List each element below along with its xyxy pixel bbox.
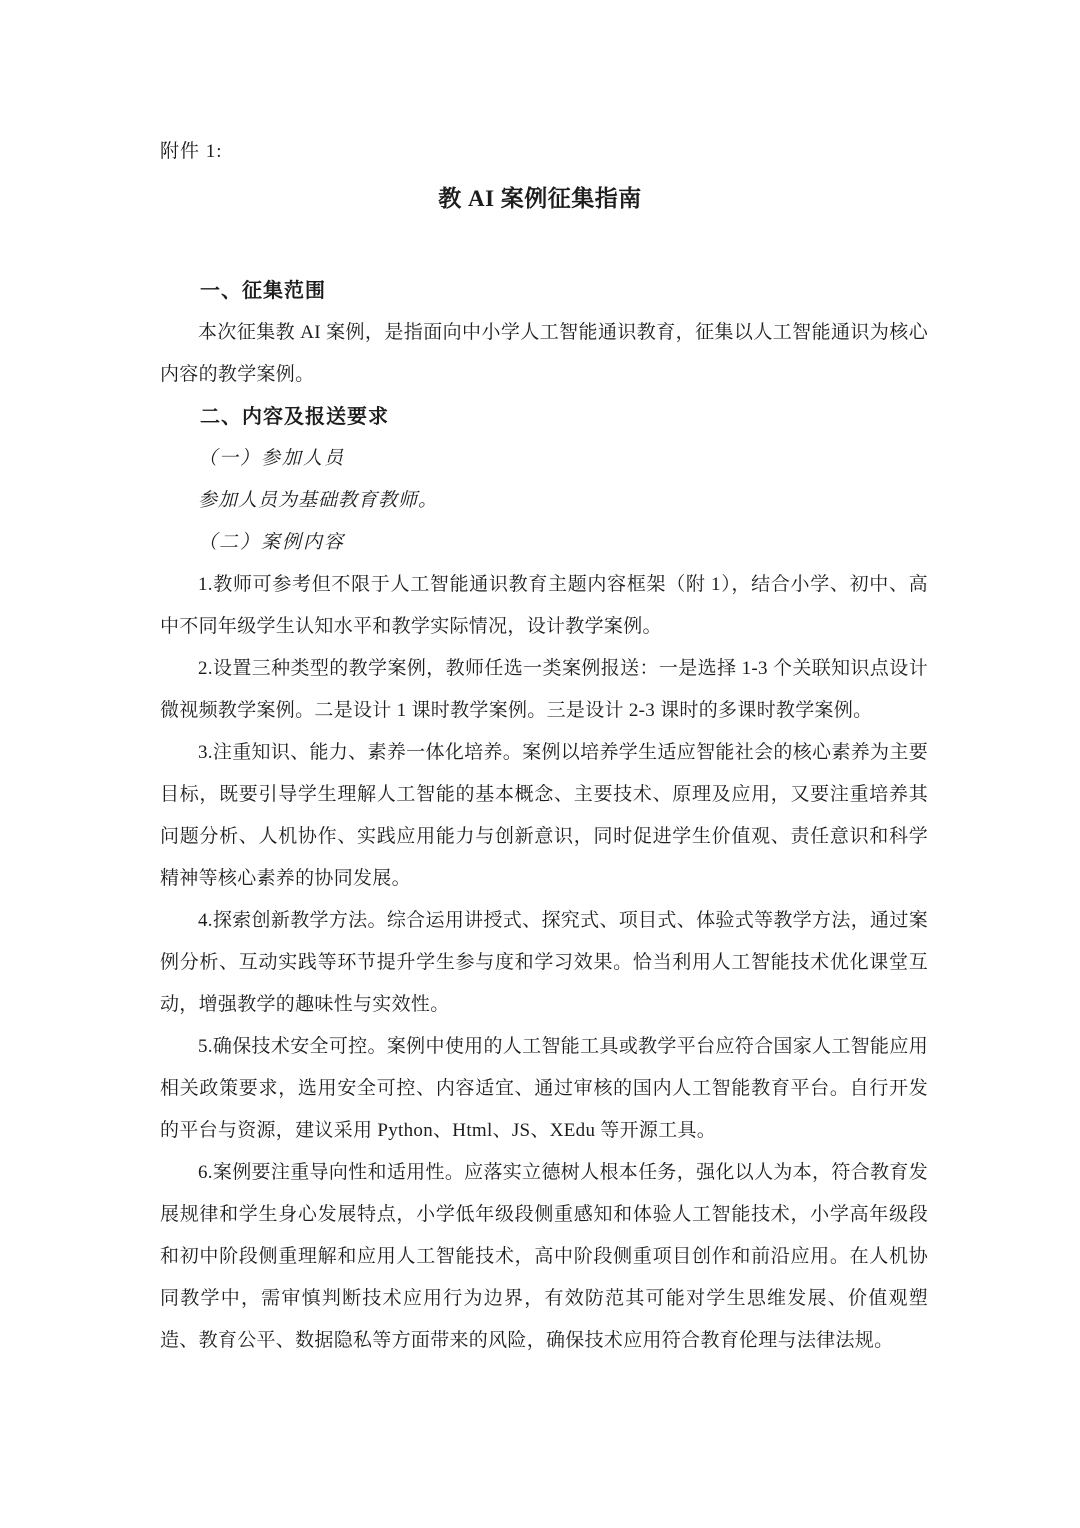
document-title: 教 AI 案例征集指南	[0, 180, 1080, 213]
subsection-2-heading: （二）案例内容	[160, 522, 928, 564]
case-item-2: 2.设置三种类型的教学案例，教师任选一类案例报送：一是选择 1-3 个关联知识点…	[160, 648, 928, 732]
section-1-heading: 一、征集范围	[160, 270, 928, 312]
case-item-4: 4.探索创新教学方法。综合运用讲授式、探究式、项目式、体验式等教学方法，通过案例…	[160, 900, 928, 1026]
case-item-5: 5.确保技术安全可控。案例中使用的人工智能工具或教学平台应符合国家人工智能应用相…	[160, 1026, 928, 1152]
subsection-1-heading: （一）参加人员	[160, 438, 928, 480]
document-body: 一、征集范围 本次征集教 AI 案例，是指面向中小学人工智能通识教育，征集以人工…	[160, 270, 928, 1362]
subsection-1-paragraph: 参加人员为基础教育教师。	[160, 480, 928, 522]
case-item-3: 3.注重知识、能力、素养一体化培养。案例以培养学生适应智能社会的核心素养为主要目…	[160, 732, 928, 900]
attachment-label: 附件 1:	[160, 136, 223, 163]
case-item-6: 6.案例要注重导向性和适用性。应落实立德树人根本任务，强化以人为本，符合教育发展…	[160, 1152, 928, 1362]
document-page: 附件 1: 教 AI 案例征集指南 一、征集范围 本次征集教 AI 案例，是指面…	[0, 0, 1080, 1528]
section-2-heading: 二、内容及报送要求	[160, 396, 928, 438]
case-item-1: 1.教师可参考但不限于人工智能通识教育主题内容框架（附 1），结合小学、初中、高…	[160, 564, 928, 648]
section-1-paragraph: 本次征集教 AI 案例，是指面向中小学人工智能通识教育，征集以人工智能通识为核心…	[160, 312, 928, 396]
